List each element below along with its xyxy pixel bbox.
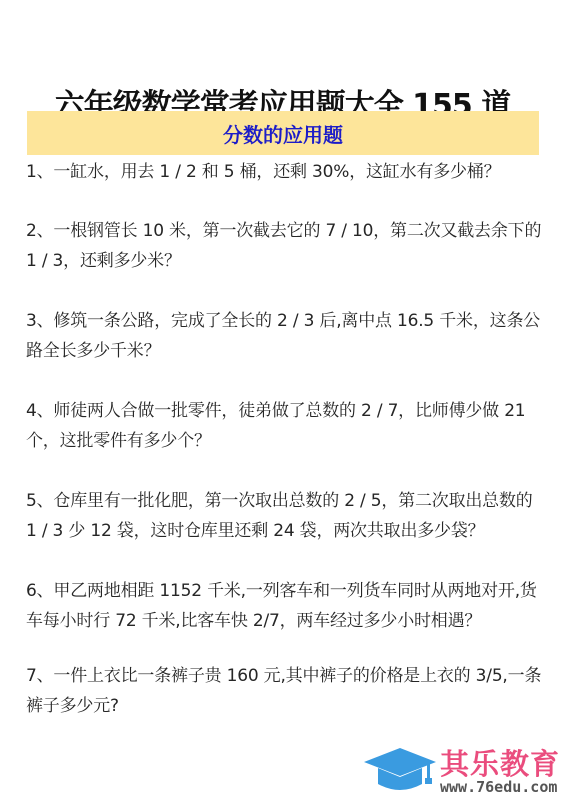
question-6: 6、甲乙两地相距 1152 千米,一列客车和一列货车同时从两地对开,货车每小时行… [26,576,546,636]
watermark-name: 其乐教育 [440,742,560,783]
question-1: 1、一缸水，用去 1 / 2 和 5 桶，还剩 30%，这缸水有多少桶？ [26,157,546,187]
section-banner: 分数的应用题 [27,111,539,155]
question-3: 3、修筑一条公路，完成了全长的 2 / 3 后,离中点 16.5 千米，这条公路… [26,306,546,366]
question-4: 4、师徒两人合做一批零件，徒弟做了总数的 2 / 7，比师傅少做 21 个，这批… [26,396,546,456]
watermark-url: www.76edu.com [440,778,557,796]
question-2: 2、一根钢管长 10 米，第一次截去它的 7 / 10，第二次又截去余下的 1 … [26,216,546,276]
section-heading: 分数的应用题 [223,119,343,148]
question-5: 5、仓库里有一批化肥，第一次取出总数的 2 / 5，第二次取出总数的 1 / 3… [26,486,546,546]
question-7: 7、一件上衣比一条裤子贵 160 元,其中裤子的价格是上衣的 3/5,一条裤子多… [26,661,546,721]
graduation-cap-icon [362,746,438,794]
watermark-logo: 其乐教育 www.76edu.com [362,742,562,797]
